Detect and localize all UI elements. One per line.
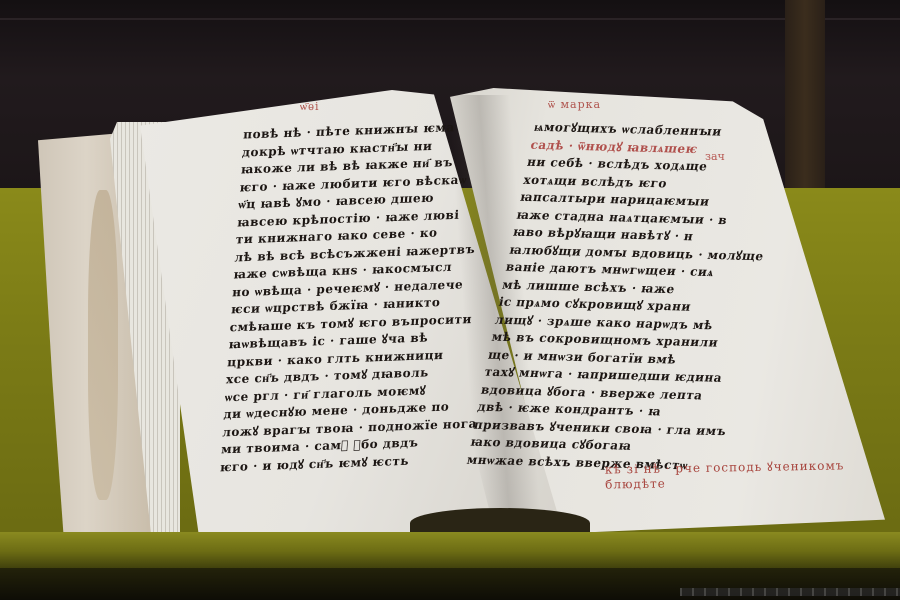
background-pillar — [785, 0, 825, 195]
footer-rubric: кѣ зі нѣ · рче господь ꙋченикомъ блюдѣте — [605, 455, 900, 491]
margin-rubric: зач — [705, 150, 725, 163]
right-page-heading: ѿ маркa — [548, 98, 601, 111]
water-stain — [88, 190, 118, 500]
shelf-rail — [680, 588, 900, 596]
display-shelf-lip — [0, 532, 900, 570]
left-page-heading: ѡ҃ѳі — [300, 100, 320, 113]
left-page-text: повѣ нѣ · пѣте книжнꙑ ѥма докрѣ ѡтчтаю к… — [219, 118, 498, 477]
display-case-edge — [0, 18, 900, 20]
